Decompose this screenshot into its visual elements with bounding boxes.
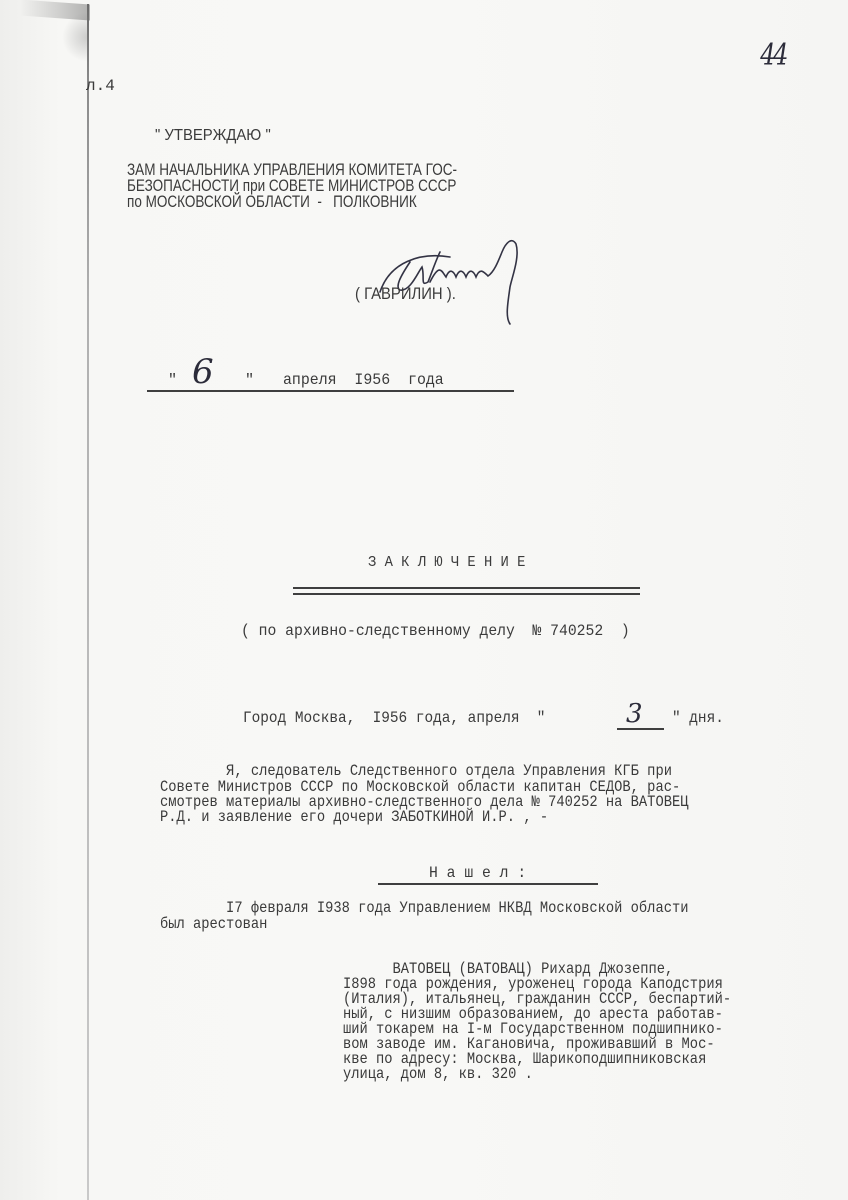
found-paragraph-line-1: I7 февраля I938 года Управлением НКВД Мо… bbox=[160, 901, 688, 916]
document-subtitle: ( по архивно-следственному делу № 740252… bbox=[241, 624, 630, 639]
title-double-rule-bottom bbox=[293, 593, 640, 595]
approval-date-rest: апреля I956 года bbox=[283, 373, 444, 388]
sheet-mark: л.4 bbox=[86, 79, 115, 94]
page-fold-line bbox=[87, 4, 89, 1200]
approval-date-underline bbox=[147, 390, 514, 392]
approval-line-1: ЗАМ НАЧАЛЬНИКА УПРАВЛЕНИЯ КОМИТЕТА ГОС- bbox=[127, 163, 457, 178]
signatory-name: ( ГАВРИЛИН ). bbox=[355, 287, 456, 302]
found-heading: Н а ш е л : bbox=[429, 866, 526, 881]
place-date-prefix: Город Москва, I956 года, апреля " bbox=[243, 711, 545, 726]
found-paragraph-line-2: был арестован bbox=[160, 917, 267, 932]
document-page: 44 л.4 " УТВЕРЖДАЮ " ЗАМ НАЧАЛЬНИКА УПРА… bbox=[0, 0, 848, 1200]
title-double-rule-top bbox=[293, 587, 640, 589]
found-heading-underline bbox=[378, 883, 598, 885]
signature-scribble bbox=[370, 232, 550, 332]
person-paragraph-line-8: улица, дом 8, кв. 320 . bbox=[343, 1067, 533, 1082]
document-title: З А К Л Ю Ч Е Н И Е bbox=[368, 555, 525, 570]
page-fold-smudge bbox=[62, 12, 88, 62]
place-date-day: 3 bbox=[626, 699, 643, 729]
approval-line-3: по МОСКОВСКОЙ ОБЛАСТИ - ПОЛКОВНИК bbox=[127, 195, 417, 210]
intro-paragraph-line-4: Р.Д. и заявление его дочери ЗАБОТКИНОЙ И… bbox=[160, 810, 548, 825]
approval-line-2: БЕЗОПАСНОСТИ при СОВЕТЕ МИНИСТРОВ СССР bbox=[127, 179, 456, 194]
approval-date-open-quote: " bbox=[168, 373, 177, 388]
place-date-day-underline bbox=[617, 728, 664, 730]
intro-paragraph-line-1: Я, следователь Следственного отдела Упра… bbox=[160, 764, 672, 779]
handwritten-page-number: 44 bbox=[760, 38, 786, 73]
approval-date-day: 6 bbox=[192, 352, 214, 392]
approval-date-close-quote: " bbox=[245, 373, 254, 388]
approval-heading: " УТВЕРЖДАЮ " bbox=[155, 128, 271, 143]
place-date-suffix: " дня. bbox=[672, 711, 724, 726]
